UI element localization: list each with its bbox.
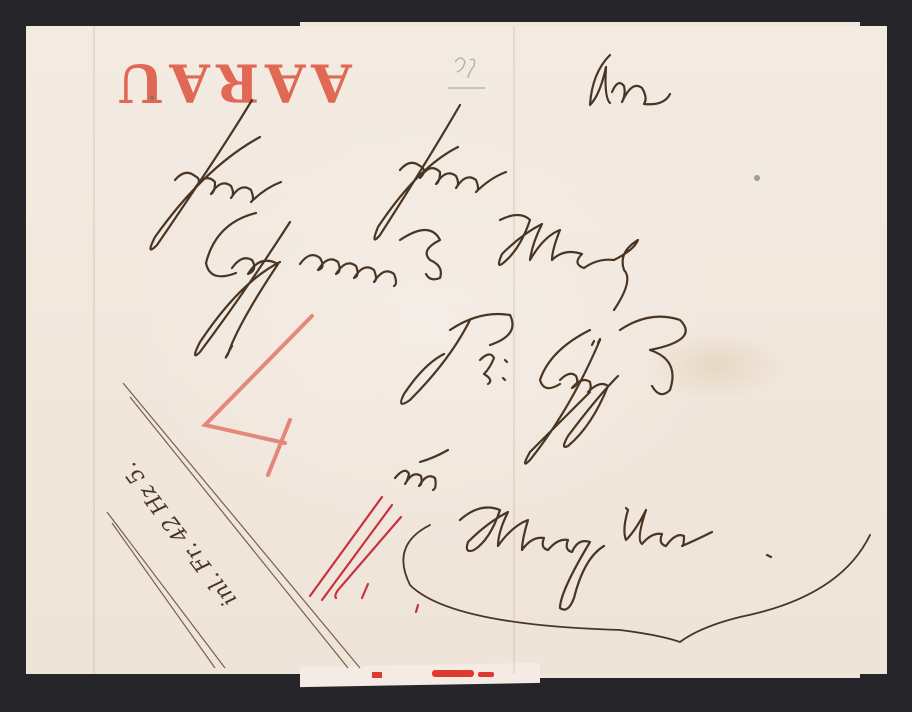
- handwritten-address: [150, 55, 870, 642]
- docket-note: inl. Fr. 42 Hz 5.: [118, 457, 242, 610]
- svg-text:inl. Fr. 42 Hz 5.: inl. Fr. 42 Hz 5.: [118, 457, 242, 610]
- rate-marking-4: [205, 316, 312, 475]
- postmark-fragment: [372, 670, 494, 678]
- red-ink-strokes: [310, 497, 418, 612]
- markings-layer: AARAU: [0, 0, 912, 712]
- aarau-postmark: AARAU: [112, 52, 353, 113]
- postal-cover-photo: AARAU: [0, 0, 912, 712]
- svg-text:AARAU: AARAU: [112, 52, 353, 113]
- docket-box: [107, 383, 360, 668]
- pencil-mark: [448, 58, 485, 88]
